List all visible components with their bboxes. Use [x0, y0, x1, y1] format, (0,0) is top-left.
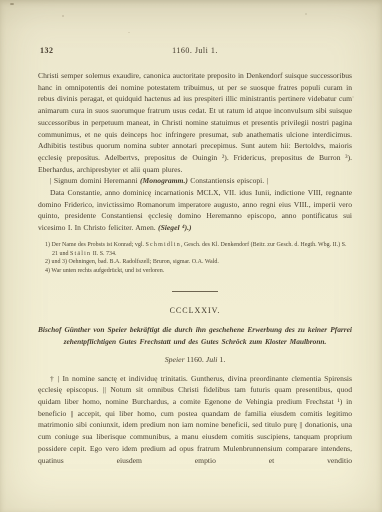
datum-paragraph: Data Constantie, anno dominicę incarnati… [38, 187, 352, 234]
signum-prefix: | Signum domini Heremanni [50, 176, 140, 185]
paper-speck [62, 15, 64, 17]
paper-speck [352, 96, 354, 98]
footnote-author-schmidlin: Schmidlin [146, 242, 181, 248]
entry-number-heading: CCCLXXIV. [38, 306, 352, 315]
footnote-3: 4) War unten rechts aufgedrückt, und ist… [42, 267, 352, 276]
paper-speck [305, 13, 307, 15]
paper-speck [128, 32, 130, 33]
footnote-author-staelin: Stälin [70, 251, 91, 257]
dateline-place: Speier [165, 355, 185, 364]
entry-dateline: Speier 1160. Juli 1. [38, 355, 352, 364]
running-title: 1160. Juli 1. [38, 46, 352, 55]
datum-text: Data Constantie, anno dominicę incarnati… [38, 188, 352, 232]
page-header: 132 1160. Juli 1. [38, 46, 352, 57]
monogram-note: (Monogramm.) [140, 176, 188, 185]
footnote-1: 1) Der Name des Probsts ist Konrad; vgl.… [42, 241, 352, 259]
footnote-1-text: II. S. 734. [91, 251, 116, 257]
signum-suffix: Constantiensis episcopi. | [188, 176, 268, 185]
dateline-month: Juli [206, 355, 218, 364]
dateline-year: 1160. [185, 355, 206, 364]
section-divider [172, 291, 218, 292]
footnote-1-text: 1) Der Name des Probsts ist Konrad; vgl. [45, 242, 146, 248]
footnote-section: 1) Der Name des Probsts ist Konrad; vgl.… [42, 241, 352, 276]
signum-line: | Signum domini Heremanni (Monogramm.) C… [38, 175, 352, 187]
scanned-book-page: 132 1160. Juli 1. Christi semper solemus… [0, 0, 382, 512]
footnote-2: 2) und 3) Oehningen, bad. B.A. Radolfsze… [42, 258, 352, 267]
charter-text: † | In nomine sanctę et individuę trinit… [38, 373, 352, 467]
siegel-note: (Siegel ⁴).) [158, 223, 192, 232]
entry-regest: Bischof Günther von Speier bekräftigt di… [38, 324, 352, 348]
paper-speck [10, 3, 14, 5]
charter-text-continued: Christi semper solemus exaudire, canonic… [38, 70, 352, 175]
dateline-day: 1. [217, 355, 225, 364]
